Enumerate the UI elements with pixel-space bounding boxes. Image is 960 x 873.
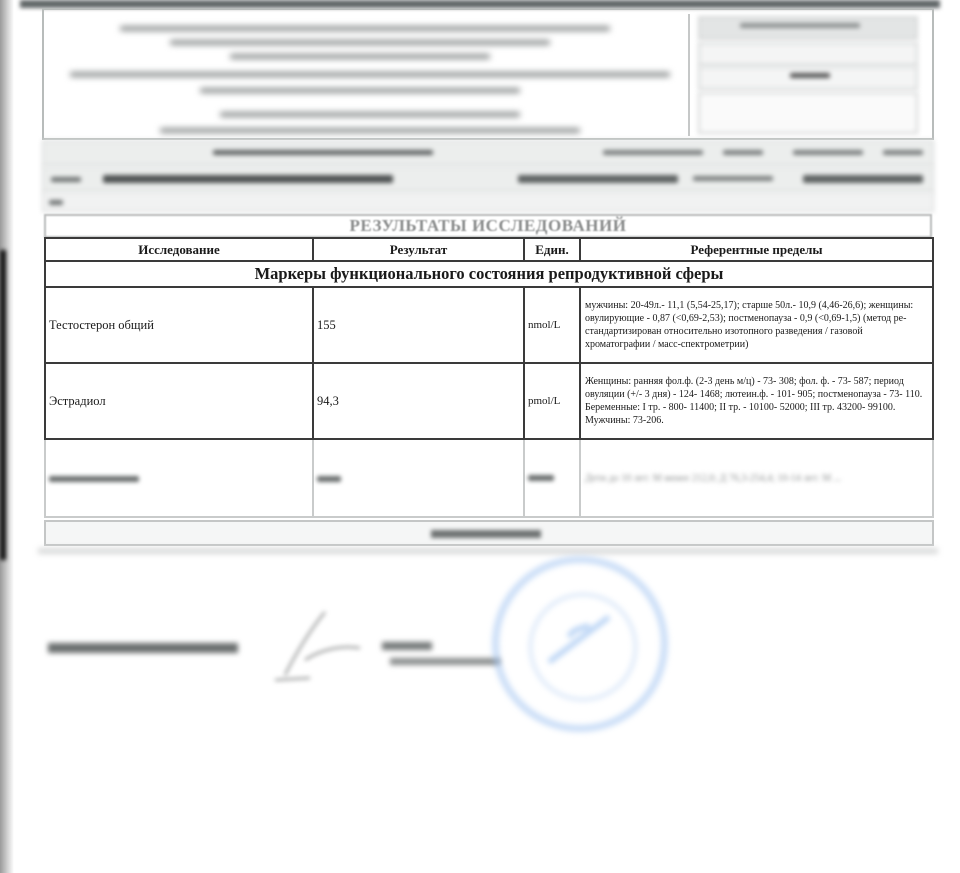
- col-header-result: Результат: [313, 238, 524, 261]
- group-row: Маркеры функционального состояния репрод…: [45, 261, 933, 287]
- table-row-blurred: Дети до 10 лет: М менее 212,0; Д 76,3-25…: [45, 439, 933, 517]
- table-row: Тестостерон общий 155 nmol/L мужчины: 20…: [45, 287, 933, 363]
- table-footer-blurred: [44, 520, 934, 546]
- col-header-reference: Референтные пределы: [580, 238, 933, 261]
- col-header-unit: Един.: [524, 238, 580, 261]
- lab-header-info: [50, 16, 682, 134]
- signer-name-blurred: [382, 642, 432, 650]
- patient-info-row-1: [42, 140, 934, 166]
- table-header-row: Исследование Результат Един. Референтные…: [45, 238, 933, 261]
- test-unit: nmol/L: [524, 287, 580, 363]
- signer-title-blurred: [390, 658, 500, 665]
- test-reference: Женщины: ранняя фол.ф. (2-3 день м/ц) - …: [580, 363, 933, 439]
- lab-header: [42, 8, 934, 140]
- test-name-blurred: [45, 439, 313, 517]
- patient-info-row-3: [42, 192, 934, 212]
- results-table: Исследование Результат Един. Референтные…: [44, 237, 934, 518]
- test-name: Тестостерон общий: [45, 287, 313, 363]
- test-unit: pmol/L: [524, 363, 580, 439]
- stamp-icon: [492, 556, 668, 732]
- test-unit-blurred: [524, 439, 580, 517]
- lab-header-codes: [688, 14, 926, 136]
- test-result: 155: [313, 287, 524, 363]
- signature-label-blurred: [48, 643, 238, 653]
- page-top-edge: [20, 0, 940, 8]
- test-reference-blurred: Дети до 10 лет: М менее 212,0; Д 76,3-25…: [580, 439, 933, 517]
- signature-icon: [265, 600, 375, 690]
- section-title: РЕЗУЛЬТАТЫ ИССЛЕДОВАНИЙ: [44, 214, 932, 238]
- table-row: Эстрадиол 94,3 pmol/L Женщины: ранняя фо…: [45, 363, 933, 439]
- test-result: 94,3: [313, 363, 524, 439]
- test-reference: мужчины: 20-49л.- 11,1 (5,54-25,17); ста…: [580, 287, 933, 363]
- test-name: Эстрадиол: [45, 363, 313, 439]
- patient-info-row-2: [42, 166, 934, 192]
- test-result-blurred: [313, 439, 524, 517]
- col-header-test: Исследование: [45, 238, 313, 261]
- group-title: Маркеры функционального состояния репрод…: [45, 261, 933, 287]
- page-edge-shadow-dark: [0, 250, 6, 560]
- table-shadow: [38, 548, 938, 554]
